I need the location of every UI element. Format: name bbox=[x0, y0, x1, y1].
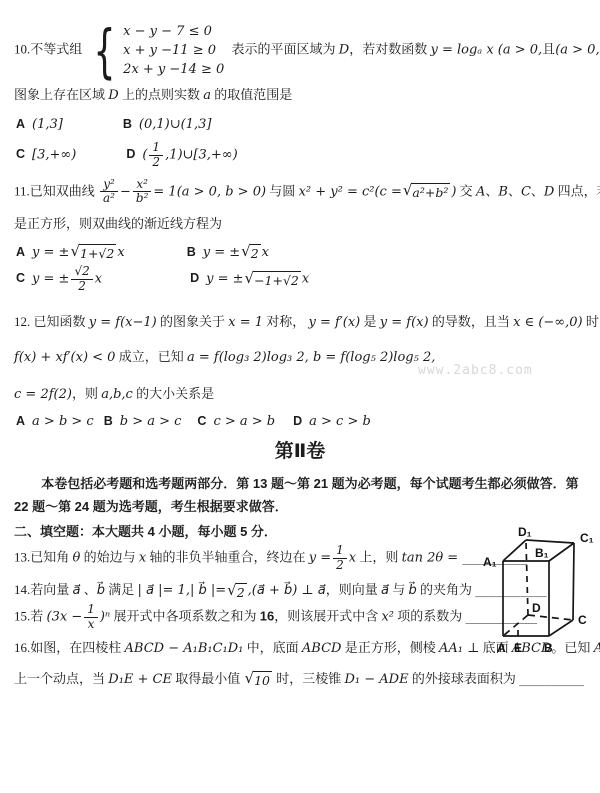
cn-text: 与 bbox=[389, 582, 409, 597]
cn-text: 是正方形，则双曲线的渐近线方程为 bbox=[14, 216, 222, 231]
edge-D1C1 bbox=[526, 540, 574, 543]
math-text: B bbox=[498, 184, 508, 199]
cn-text: 的大小关系是 bbox=[133, 386, 214, 401]
cn-text: 且 bbox=[542, 41, 555, 56]
cn-text: 、 bbox=[80, 582, 96, 597]
cn-text: 16.如图，在四棱柱 bbox=[14, 640, 125, 655]
option-label: B bbox=[123, 117, 132, 131]
option-label: B bbox=[187, 245, 196, 259]
math-text: = 1(a > 0, b > 0) bbox=[153, 184, 266, 199]
math-text: a > c > b bbox=[309, 414, 371, 429]
math-text: (0,1)∪(1,3] bbox=[139, 117, 212, 132]
cn-text: 的取值范围是 bbox=[211, 87, 292, 102]
q11-line1: 11.已知双曲线 y²a²−x²b²= 1(a > 0, b > 0) 与圆 x… bbox=[14, 178, 586, 207]
option-label: C bbox=[16, 147, 25, 161]
math-text: ,1)∪[3,+∞) bbox=[165, 147, 238, 162]
cn-text: 上，则 bbox=[356, 549, 402, 564]
cn-text: 图象上存在区域 bbox=[14, 87, 108, 102]
cn-text: 展开式中各项系数之和为 bbox=[110, 609, 260, 624]
edge-CC1 bbox=[573, 543, 574, 620]
cn-text: 四点，若四边形 bbox=[554, 183, 600, 198]
inequality-system: {x − y − 7 ≤ 0x + y −11 ≥ 02x + y −14 ≥ … bbox=[86, 22, 224, 79]
q10-options-cd: C[3,+∞)D(12,1)∪[3,+∞) bbox=[14, 141, 586, 170]
cn-text: 时， bbox=[583, 314, 600, 329]
math-text: [3,+∞) bbox=[32, 147, 76, 162]
spacer bbox=[275, 424, 293, 425]
cn-text: ，则向量 bbox=[326, 582, 381, 597]
spacer bbox=[76, 157, 126, 158]
cn-text: 的图象关于 bbox=[157, 314, 229, 329]
fraction-denominator: 2 bbox=[149, 156, 163, 170]
math-text: D bbox=[339, 42, 349, 57]
math-text: x² + y² = c²(c = bbox=[299, 184, 402, 199]
edge-DA-hidden bbox=[503, 615, 528, 636]
radicand: −1+√2 bbox=[253, 271, 301, 289]
option-label: A bbox=[16, 414, 25, 428]
cn-text: 上一个动点，当 bbox=[14, 671, 108, 686]
cn-text: 12. 已知函数 bbox=[14, 314, 89, 329]
math-text: __________ bbox=[519, 672, 584, 687]
cn-text: ，则 bbox=[72, 386, 101, 401]
cn-text: 、 bbox=[508, 183, 521, 198]
cn-text: 的始边与 bbox=[80, 549, 139, 564]
bold-text: 本卷包括必考题和选考题两部分．第 13 题～第 21 题为必考题，每个试题考生都… bbox=[14, 476, 579, 514]
radicand: 10 bbox=[253, 671, 272, 689]
math-text: ,(a⃗ + b⃗) ⊥ a⃗ bbox=[248, 583, 326, 598]
math-text: D₁ − ADE bbox=[344, 672, 408, 687]
fraction-denominator: 2 bbox=[333, 559, 347, 573]
vertex-label-D: D bbox=[532, 601, 541, 615]
option-label: C bbox=[16, 271, 25, 285]
vertex-label-A: A bbox=[497, 641, 506, 655]
math-text: y = f(x−1) bbox=[89, 315, 157, 330]
square-root: √a²+b² bbox=[403, 183, 451, 201]
section-intro: 本卷包括必考题和选考题两部分．第 13 题～第 21 题为必考题，每个试题考生都… bbox=[14, 472, 586, 518]
fraction-numerator: 1 bbox=[149, 141, 163, 156]
brace-icon: { bbox=[94, 23, 116, 79]
bold-text: 第Ⅱ卷 bbox=[275, 441, 326, 462]
square-root: √2 bbox=[227, 583, 247, 601]
q16-line2: 上一个动点，当 D₁E + CE 取得最小值 √10 时，三棱锥 D₁ − AD… bbox=[14, 669, 586, 690]
cn-text: 项的系数为 bbox=[394, 609, 466, 624]
fraction: √22 bbox=[71, 265, 92, 294]
option-label: D bbox=[190, 271, 199, 285]
square-root: √10 bbox=[245, 671, 272, 689]
square-root: √−1+√2 bbox=[245, 271, 301, 289]
vertex-label-B1: B₁ bbox=[535, 546, 549, 560]
q10-options-ab: A(1,3]B(0,1)∪(1,3] bbox=[14, 114, 586, 135]
math-text: x bbox=[302, 271, 309, 286]
edge-DC-hidden bbox=[528, 615, 573, 620]
cn-text: 的导数，且当 bbox=[429, 314, 514, 329]
math-text: y = f′(x) bbox=[309, 315, 361, 330]
cn-text: 不等式组 bbox=[30, 41, 82, 56]
cn-text: 轴的非负半轴重合，终边在 bbox=[146, 549, 309, 564]
math-text: x bbox=[349, 550, 356, 565]
fraction: 12 bbox=[149, 141, 163, 170]
watermark: www.2abc8.com bbox=[418, 363, 533, 378]
math-text: D₁E + CE bbox=[108, 672, 172, 687]
radicand: 2 bbox=[250, 244, 261, 262]
fraction-denominator: x bbox=[84, 618, 98, 632]
math-text: )ⁿ bbox=[100, 610, 110, 625]
math-text: x = 1 bbox=[228, 315, 263, 330]
math-text: y = f(x) bbox=[380, 315, 429, 330]
fraction-numerator: x² bbox=[133, 178, 152, 193]
fraction: x²b² bbox=[133, 178, 152, 207]
radicand: 2 bbox=[236, 583, 247, 601]
q10-line1: 10.不等式组{x − y − 7 ≤ 0x + y −11 ≥ 02x + y… bbox=[14, 22, 586, 79]
q10-line2: 图象上存在区域 D 上的点则实数 a 的取值范围是 bbox=[14, 85, 586, 106]
spacer bbox=[181, 424, 197, 425]
math-text: y = logₐ x (a > 0, bbox=[431, 42, 543, 57]
bold-text: 16 bbox=[260, 609, 274, 624]
q12-line1: 12. 已知函数 y = f(x−1) 的图象关于 x = 1 对称， y = … bbox=[14, 312, 586, 333]
option-label: B bbox=[104, 414, 113, 428]
square-root: √2 bbox=[241, 244, 261, 262]
cn-text: 成立，已知 bbox=[115, 349, 187, 364]
edge-A1D1 bbox=[503, 540, 526, 561]
math-text: x bbox=[117, 245, 124, 260]
math-text: (3x − bbox=[47, 610, 83, 625]
fraction-denominator: a² bbox=[100, 192, 118, 206]
math-text: tan 2θ = bbox=[402, 550, 463, 565]
section-title: 第Ⅱ卷 bbox=[14, 438, 586, 466]
vertex-label-B: B bbox=[544, 641, 553, 655]
math-text: c > a > b bbox=[213, 414, 275, 429]
math-text: y = ± bbox=[32, 245, 69, 260]
math-text: y = ± bbox=[206, 271, 243, 286]
system-row: x − y − 7 ≤ 0 bbox=[123, 22, 224, 41]
math-text: b⃗ bbox=[97, 583, 105, 598]
fraction: y²a² bbox=[100, 178, 118, 207]
edge-BC bbox=[549, 620, 573, 636]
math-text: y = bbox=[309, 550, 331, 565]
math-text: a = f(log₃ 2)log₃ 2, b = f(log₅ 2)log₅ 2… bbox=[187, 350, 435, 365]
math-text: y = ± bbox=[32, 271, 69, 286]
cn-text: ，则该展开式中含 bbox=[274, 609, 381, 624]
spacer bbox=[102, 281, 190, 282]
cn-text: 、 bbox=[531, 183, 544, 198]
cn-text: 取得最小值 bbox=[172, 671, 244, 686]
q11-line2: 是正方形，则双曲线的渐近线方程为 bbox=[14, 214, 586, 234]
fraction-numerator: 1 bbox=[333, 544, 347, 559]
fraction-numerator: y² bbox=[100, 178, 118, 193]
math-text: − bbox=[120, 184, 131, 199]
option-label: C bbox=[197, 414, 206, 428]
option-label: D bbox=[126, 147, 135, 161]
radicand: a²+b² bbox=[411, 183, 450, 201]
vertex-label-C: C bbox=[578, 613, 587, 627]
fraction: 1x bbox=[84, 603, 98, 632]
cn-text: 与圆 bbox=[266, 183, 299, 198]
spacer bbox=[125, 255, 187, 256]
cn-text: 是正方形，侧棱 bbox=[341, 640, 439, 655]
math-text: a > b > c bbox=[32, 414, 94, 429]
q11-options-ab: Ay = ±√1+√2xBy = ±√2x bbox=[14, 242, 586, 263]
cn-text: 中，底面 bbox=[243, 640, 302, 655]
math-text: b > a > c bbox=[120, 414, 182, 429]
fraction-denominator: 2 bbox=[71, 280, 92, 294]
fraction-numerator: 1 bbox=[84, 603, 98, 618]
math-text: ABCD bbox=[302, 641, 342, 656]
bold-text: 二、填空题：本大题共 4 小题，每小题 5 分． bbox=[14, 524, 277, 539]
math-text: A bbox=[476, 184, 485, 199]
math-text: D bbox=[108, 88, 118, 103]
q12-line3: c = 2f(2)，则 a,b,c 的大小关系是 bbox=[14, 384, 586, 405]
edge-DD1-hidden bbox=[526, 542, 528, 615]
math-text: (1,3] bbox=[32, 117, 63, 132]
option-label: D bbox=[293, 414, 302, 428]
vertex-label-D1: D₁ bbox=[518, 525, 532, 539]
fraction: 12 bbox=[333, 544, 347, 573]
system-rows: x − y − 7 ≤ 0x + y −11 ≥ 02x + y −14 ≥ 0 bbox=[123, 22, 224, 79]
cn-text: 15.若 bbox=[14, 609, 47, 624]
math-text: ABCD − A₁B₁C₁D₁ bbox=[125, 641, 244, 656]
vertex-label-C1: C₁ bbox=[580, 531, 594, 545]
math-text: a bbox=[203, 88, 211, 103]
math-text: | a⃗ |= 1,| b⃗ |= bbox=[138, 583, 227, 598]
q11-options-cd: Cy = ±√22xDy = ±√−1+√2x bbox=[14, 265, 586, 294]
math-text: AA₁ ⊥ bbox=[439, 641, 479, 656]
edge-B1C1 bbox=[549, 543, 574, 561]
cn-text: 14.若向量 bbox=[14, 582, 73, 597]
option-label: A bbox=[16, 245, 25, 259]
math-text: (a > 0, bbox=[555, 42, 599, 57]
spacer bbox=[94, 424, 104, 425]
math-text: ( bbox=[142, 147, 147, 162]
vertex-label-A1: A₁ bbox=[483, 555, 497, 569]
math-text: D bbox=[544, 184, 554, 199]
cn-text: 11.已知双曲线 bbox=[14, 183, 98, 198]
math-text: a⃗ bbox=[381, 583, 389, 598]
math-text: x bbox=[95, 271, 102, 286]
math-text: a,b,c bbox=[101, 387, 133, 402]
spacer bbox=[63, 127, 123, 128]
system-row: x + y −11 ≥ 0 bbox=[123, 41, 224, 60]
vertex-label-E: E bbox=[514, 641, 522, 655]
q12-options: Aa > b > cBb > a > cCc > a > bDa > c > b bbox=[14, 411, 586, 432]
math-text: x ∈ (−∞,0) bbox=[513, 315, 583, 330]
cn-text: 、 bbox=[485, 183, 498, 198]
cn-text: 的夹角为 bbox=[417, 582, 476, 597]
math-text: f(x) + xf′(x) < 0 bbox=[14, 350, 115, 365]
math-text: y = ± bbox=[203, 245, 240, 260]
fraction-denominator: b² bbox=[133, 192, 152, 206]
math-text: x bbox=[262, 245, 269, 260]
cn-text: 是 bbox=[360, 314, 380, 329]
radicand: 1+√2 bbox=[79, 244, 116, 262]
cn-text: 满足 bbox=[105, 582, 138, 597]
cn-text: 上的点则实数 bbox=[119, 87, 204, 102]
cn-text: 交 bbox=[456, 183, 476, 198]
exam-page: 10.不等式组{x − y − 7 ≤ 0x + y −11 ≥ 02x + y… bbox=[0, 0, 600, 793]
cn-text: 13.已知角 bbox=[14, 549, 73, 564]
cn-text: 时，三棱锥 bbox=[273, 671, 345, 686]
square-root: √1+√2 bbox=[70, 244, 116, 262]
cn-text: 的外接球表面积为 bbox=[409, 671, 520, 686]
system-row: 2x + y −14 ≥ 0 bbox=[123, 60, 224, 79]
fraction-numerator: √2 bbox=[71, 265, 92, 280]
math-text: C bbox=[521, 184, 531, 199]
option-label: A bbox=[16, 117, 25, 131]
prism-figure: D₁ C₁ A₁ B₁ D C A E B bbox=[480, 524, 600, 658]
math-text: b⃗ bbox=[409, 583, 417, 598]
cn-text: ，若对数函数 bbox=[349, 41, 430, 56]
math-text: c = 2f(2) bbox=[14, 387, 72, 402]
math-text: x² bbox=[381, 610, 394, 625]
cn-text: 对称， bbox=[263, 314, 309, 329]
cn-text: 10. bbox=[14, 41, 30, 56]
cn-text: 表示的平面区域为 bbox=[228, 41, 339, 56]
